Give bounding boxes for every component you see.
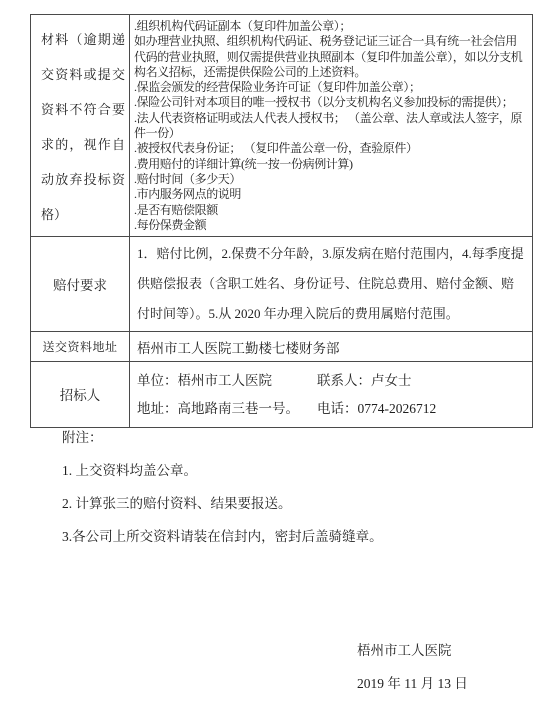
material-item: .市内服务网点的说明 <box>134 187 528 202</box>
address-content-cell: 梧州市工人医院工勤楼七楼财务部 <box>130 332 533 362</box>
tenderee-phone: 电话：0774-2026712 <box>317 395 436 423</box>
materials-label-cell: 材料（逾期递交资料或提交资料不符合要求的，视作自动放弃投标资格） <box>31 15 130 237</box>
claims-text: 1．赔付比例，2.保费不分年龄，3.原发病在赔付范围内，4.每季度提供赔偿报表（… <box>137 239 526 329</box>
note-item: 2. 计算张三的赔付资料、结果要报送。 <box>62 487 502 520</box>
material-item: .保监会颁发的经营保险业务许可证（复印件加盖公章）； <box>134 80 528 95</box>
tenderee-label-cell: 招标人 <box>31 362 130 428</box>
materials-content-cell: .组织机构代码证副本（复印件加盖公章）； 如办理营业执照、组织机构代码证、税务登… <box>130 15 533 237</box>
document-page: 材料（逾期递交资料或提交资料不符合要求的，视作自动放弃投标资格） .组织机构代码… <box>0 0 542 726</box>
signature-organization: 梧州市工人医院 <box>357 634 468 667</box>
notes-title: 附注： <box>62 421 502 454</box>
signature-date: 2019 年 11 月 13 日 <box>357 667 468 700</box>
material-item: .是否有赔偿限额 <box>134 203 528 218</box>
address-label-cell: 送交资料地址 <box>31 332 130 362</box>
tenderee-content-cell: 单位：梧州市工人医院 联系人：卢女士 地址：高地路南三巷一号。 电话：0774-… <box>130 362 533 428</box>
material-item: .组织机构代码证副本（复印件加盖公章）； <box>134 19 528 34</box>
table-row-tenderee: 招标人 单位：梧州市工人医院 联系人：卢女士 地址：高地路南三巷一号。 电话：0… <box>31 362 533 428</box>
address-text: 梧州市工人医院工勤楼七楼财务部 <box>137 337 526 357</box>
material-item: .每份保费金额 <box>134 218 528 233</box>
material-item: .保险公司针对本项目的唯一授权书（以分支机构名义参加投标的需提供）； <box>134 95 528 110</box>
material-item: .费用赔付的详细计算(统一按一份病例计算) <box>134 157 528 172</box>
requirements-table: 材料（逾期递交资料或提交资料不符合要求的，视作自动放弃投标资格） .组织机构代码… <box>30 14 533 428</box>
tenderee-contact: 联系人：卢女士 <box>317 367 412 395</box>
claims-content-cell: 1．赔付比例，2.保费不分年龄，3.原发病在赔付范围内，4.每季度提供赔偿报表（… <box>130 237 533 332</box>
tenderee-label: 招标人 <box>60 388 101 403</box>
tenderee-address: 地址：高地路南三巷一号。 <box>137 395 317 423</box>
tenderee-line-1: 单位：梧州市工人医院 联系人：卢女士 <box>137 367 526 395</box>
materials-label: 材料（逾期递交资料或提交资料不符合要求的，视作自动放弃投标资格） <box>41 20 125 232</box>
claims-label: 赔付要求 <box>53 278 107 293</box>
signature-block: 梧州市工人医院 2019 年 11 月 13 日 <box>357 634 468 700</box>
material-item: .法人代表资格证明或法人代表人授权书； （盖公章、法人章或法人签字，原件一份） <box>134 111 528 142</box>
notes-section: 附注： 1. 上交资料均盖公章。 2. 计算张三的赔付资料、结果要报送。 3.各… <box>62 421 502 553</box>
material-item: .赔付时间（多少天） <box>134 172 528 187</box>
claims-label-cell: 赔付要求 <box>31 237 130 332</box>
material-item: .被授权代表身份证； （复印件盖公章一份，查验原件） <box>134 141 528 156</box>
address-label: 送交资料地址 <box>42 340 117 354</box>
note-item: 3.各公司上所交资料请装在信封内，密封后盖骑缝章。 <box>62 520 502 553</box>
tenderee-unit: 单位：梧州市工人医院 <box>137 367 317 395</box>
table-row-claim-requirements: 赔付要求 1．赔付比例，2.保费不分年龄，3.原发病在赔付范围内，4.每季度提供… <box>31 237 533 332</box>
table-row-delivery-address: 送交资料地址 梧州市工人医院工勤楼七楼财务部 <box>31 332 533 362</box>
table-row-materials: 材料（逾期递交资料或提交资料不符合要求的，视作自动放弃投标资格） .组织机构代码… <box>31 15 533 237</box>
note-item: 1. 上交资料均盖公章。 <box>62 454 502 487</box>
material-item: 如办理营业执照、组织机构代码证、税务登记证三证合一具有统一社会信用代码的营业执照… <box>134 34 528 80</box>
tenderee-line-2: 地址：高地路南三巷一号。 电话：0774-2026712 <box>137 395 526 423</box>
